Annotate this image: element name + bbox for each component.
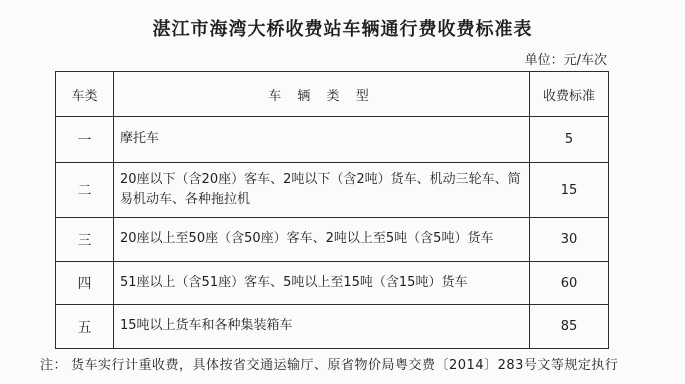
vehicle-class-cell: 二: [56, 163, 114, 218]
table-row: 二 20座以下（含20座）客车、2吨以下（含2吨）货车、机动三轮车、简易机动车、…: [56, 163, 609, 218]
table-row: 五 15吨以上货车和各种集装箱车 85: [56, 305, 609, 349]
vehicle-type-cell: 15吨以上货车和各种集装箱车: [114, 305, 530, 349]
footnote-label: 注：: [40, 358, 67, 373]
table-header-row: 车类 车 辆 类 型 收费标准: [56, 72, 609, 117]
unit-label: 单位：元/车次: [55, 49, 607, 68]
header-vehicle-type: 车 辆 类 型: [114, 72, 530, 117]
vehicle-class-cell: 一: [56, 117, 114, 163]
vehicle-type-cell: 20座以上至50座（含50座）客车、2吨以上至5吨（含5吨）货车: [114, 218, 530, 262]
footnote-text: 货车实行计重收费，具体按省交通运输厅、原省物价局粤交费〔2014〕283号文等规…: [71, 358, 618, 373]
table-row: 一 摩托车 5: [56, 117, 609, 163]
document-page: 湛江市海湾大桥收费站车辆通行费收费标准表 单位：元/车次 车类 车 辆 类 型 …: [0, 0, 685, 384]
fee-cell: 15: [530, 163, 609, 218]
vehicle-type-cell: 20座以下（含20座）客车、2吨以下（含2吨）货车、机动三轮车、简易机动车、各种…: [114, 163, 530, 218]
footnote: 注：货车实行计重收费，具体按省交通运输厅、原省物价局粤交费〔2014〕283号文…: [40, 354, 618, 373]
toll-fee-table: 车类 车 辆 类 型 收费标准 一 摩托车 5 二 20座以下（含20座）客车、…: [55, 71, 609, 349]
vehicle-type-cell: 51座以上（含51座）客车、5吨以上至15吨（含15吨）货车: [114, 262, 530, 305]
page-title: 湛江市海湾大桥收费站车辆通行费收费标准表: [0, 15, 685, 41]
vehicle-class-cell: 三: [56, 218, 114, 262]
header-fee: 收费标准: [530, 72, 609, 117]
vehicle-type-cell: 摩托车: [114, 117, 530, 163]
header-vehicle-class: 车类: [56, 72, 114, 117]
table-row: 三 20座以上至50座（含50座）客车、2吨以上至5吨（含5吨）货车 30: [56, 218, 609, 262]
fee-cell: 85: [530, 305, 609, 349]
table-row: 四 51座以上（含51座）客车、5吨以上至15吨（含15吨）货车 60: [56, 262, 609, 305]
vehicle-class-cell: 四: [56, 262, 114, 305]
fee-cell: 60: [530, 262, 609, 305]
vehicle-class-cell: 五: [56, 305, 114, 349]
fee-cell: 5: [530, 117, 609, 163]
fee-cell: 30: [530, 218, 609, 262]
